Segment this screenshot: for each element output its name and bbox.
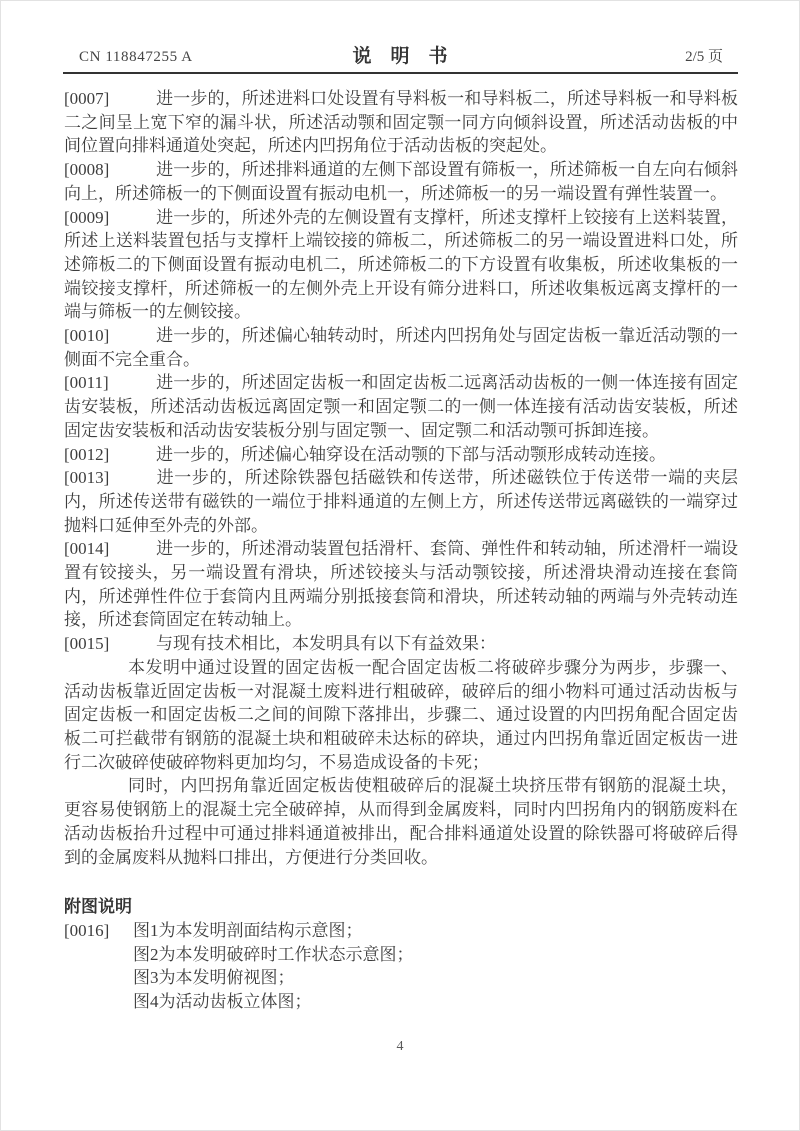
- spec-paragraph-0014: [0014]进一步的，所述滑动装置包括滑杆、套筒、弹性件和转动轴，所述滑杆一端设…: [64, 537, 738, 632]
- spec-paragraph-0013: [0013]进一步的，所述除铁器包括磁铁和传送带，所述磁铁位于传送带一端的夹层内…: [64, 466, 738, 537]
- paragraph-number: [0016]: [64, 919, 109, 943]
- paragraph-text: 与现有技术相比，本发明具有以下有益效果：: [156, 634, 496, 653]
- paragraph-number: [0007]: [64, 87, 156, 111]
- footer-page-number: 4: [1, 1039, 799, 1055]
- figure-caption-2: 图2为本发明破碎时工作状态示意图；: [133, 943, 738, 967]
- paragraph-number: [0010]: [64, 324, 156, 348]
- paragraph-text: 进一步的，所述排料通道的左侧下部设置有筛板一，所述筛板一自左向右倾斜向上，所述筛…: [64, 160, 738, 203]
- spec-paragraph-0008: [0008]进一步的，所述排料通道的左侧下部设置有筛板一，所述筛板一自左向右倾斜…: [64, 158, 738, 205]
- patent-specification-page: CN 118847255 A 说 明 书 2/5 页 [0007]进一步的，所述…: [0, 0, 800, 1131]
- paragraph-number: [0015]: [64, 632, 156, 656]
- figure-caption-1: 图1为本发明剖面结构示意图；: [133, 919, 738, 943]
- page-indicator: 2/5 页: [685, 45, 723, 66]
- paragraph-number: [0013]: [64, 466, 156, 490]
- spec-paragraph-0015: [0015]与现有技术相比，本发明具有以下有益效果：: [64, 632, 738, 656]
- document-title: 说 明 书: [1, 41, 799, 68]
- spec-paragraph-effect-1: 本发明中通过设置的固定齿板一配合固定齿板二将破碎步骤分为两步，步骤一、活动齿板靠…: [64, 656, 738, 775]
- figure-captions: 图1为本发明剖面结构示意图； 图2为本发明破碎时工作状态示意图； 图3为本发明俯…: [133, 919, 738, 1014]
- spec-paragraph-0007: [0007]进一步的，所述进料口处设置有导料板一和导料板二，所述导料板一和导料板…: [64, 87, 738, 158]
- paragraph-text: 本发明中通过设置的固定齿板一配合固定齿板二将破碎步骤分为两步，步骤一、活动齿板靠…: [64, 658, 738, 772]
- paragraph-text: 进一步的，所述进料口处设置有导料板一和导料板二，所述导料板一和导料板二之间呈上宽…: [64, 89, 738, 155]
- paragraph-number: [0011]: [64, 371, 156, 395]
- paragraph-text: 同时，内凹拐角靠近固定板齿使粗破碎后的混凝土块挤压带有钢筋的混凝土块，更容易使钢…: [64, 776, 738, 866]
- paragraph-text: 进一步的，所述滑动装置包括滑杆、套筒、弹性件和转动轴，所述滑杆一端设置有铰接头，…: [64, 539, 738, 629]
- specification-body: [0007]进一步的，所述进料口处设置有导料板一和导料板二，所述导料板一和导料板…: [64, 87, 738, 1014]
- spec-paragraph-0011: [0011]进一步的，所述固定齿板一和固定齿板二远离活动齿板的一侧一体连接有固定…: [64, 371, 738, 442]
- paragraph-text: 进一步的，所述偏心轴穿设在活动颚的下部与活动颚形成转动连接。: [156, 445, 666, 464]
- paragraph-number: [0012]: [64, 443, 156, 467]
- paragraph-text: 进一步的，所述外壳的左侧设置有支撑杆，所述支撑杆上铰接有上送料装置，所述上送料装…: [64, 208, 738, 322]
- spec-paragraph-0009: [0009]进一步的，所述外壳的左侧设置有支撑杆，所述支撑杆上铰接有上送料装置，…: [64, 206, 738, 325]
- figure-caption-4: 图4为活动齿板立体图；: [133, 990, 738, 1014]
- section-heading-figure-description: 附图说明: [64, 895, 738, 919]
- figure-caption-3: 图3为本发明俯视图；: [133, 966, 738, 990]
- spec-paragraph-effect-2: 同时，内凹拐角靠近固定板齿使粗破碎后的混凝土块挤压带有钢筋的混凝土块，更容易使钢…: [64, 774, 738, 869]
- page-header: CN 118847255 A 说 明 书 2/5 页: [1, 1, 799, 75]
- figure-description-list: [0016] 图1为本发明剖面结构示意图； 图2为本发明破碎时工作状态示意图； …: [64, 919, 738, 1014]
- paragraph-number: [0008]: [64, 158, 156, 182]
- paragraph-number: [0009]: [64, 206, 156, 230]
- paragraph-text: 进一步的，所述固定齿板一和固定齿板二远离活动齿板的一侧一体连接有固定齿安装板，所…: [64, 373, 738, 439]
- spec-paragraph-0012: [0012]进一步的，所述偏心轴穿设在活动颚的下部与活动颚形成转动连接。: [64, 443, 738, 467]
- header-divider: [63, 72, 738, 74]
- paragraph-text: 进一步的，所述除铁器包括磁铁和传送带，所述磁铁位于传送带一端的夹层内，所述传送带…: [64, 468, 738, 534]
- paragraph-text: 进一步的，所述偏心轴转动时，所述内凹拐角处与固定齿板一靠近活动颚的一侧面不完全重…: [64, 326, 738, 369]
- spec-paragraph-0010: [0010]进一步的，所述偏心轴转动时，所述内凹拐角处与固定齿板一靠近活动颚的一…: [64, 324, 738, 371]
- paragraph-number: [0014]: [64, 537, 156, 561]
